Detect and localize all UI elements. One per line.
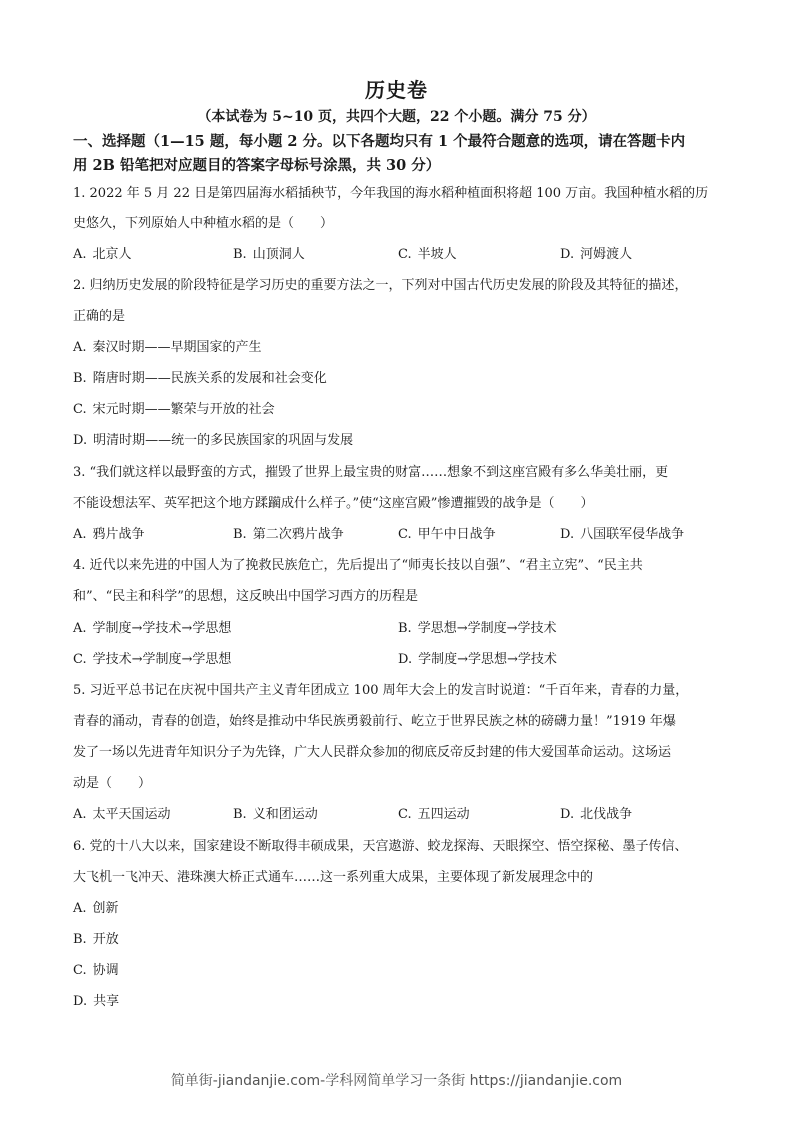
exam-page: 历史卷 （本试卷为 5~10 页，共四个大题，22 个小题。满分 75 分） 一…: [0, 0, 793, 1122]
option-c: C.五四运动: [398, 806, 470, 824]
option-text: 开放: [93, 932, 119, 947]
option-text: 协调: [93, 963, 119, 978]
option-b: B.隋唐时期——民族关系的发展和社会变化: [73, 370, 327, 388]
question-text-line: 2. 归纳历史发展的阶段特征是学习历史的重要方法之一，下列对中国古代历史发展的阶…: [73, 277, 688, 295]
option-letter: A.: [73, 246, 87, 264]
option-d: D.共享: [73, 993, 119, 1011]
option-text: 明清时期——统一的多民族国家的巩固与发展: [93, 433, 353, 448]
option-letter: B.: [73, 370, 87, 388]
option-letter: B.: [398, 620, 412, 638]
option-letter: A.: [73, 526, 87, 544]
option-letter: B.: [233, 806, 247, 824]
option-d: D.北伐战争: [560, 806, 632, 824]
option-text: 五四运动: [418, 807, 470, 822]
section-heading-multiple-choice: 一、选择题（1—15 题，每小题 2 分。以下各题均只有 1 个最符合题意的选项…: [73, 130, 728, 178]
option-b: B.学思想→学制度→学技术: [398, 620, 556, 638]
option-text: 隋唐时期——民族关系的发展和社会变化: [93, 371, 327, 386]
option-a: A.鸦片战争: [73, 526, 145, 544]
option-letter: C.: [73, 962, 87, 980]
option-letter: D.: [560, 806, 574, 824]
page-subtitle: （本试卷为 5~10 页，共四个大题，22 个小题。满分 75 分）: [0, 106, 793, 126]
option-letter: A.: [73, 339, 87, 357]
option-a: A.北京人: [73, 246, 132, 264]
option-text: 太平天国运动: [93, 807, 171, 822]
option-letter: D.: [73, 432, 87, 450]
option-text: 学技术→学制度→学思想: [93, 652, 232, 667]
question-text-line: 动是（ ）: [73, 775, 151, 793]
option-d: D.明清时期——统一的多民族国家的巩固与发展: [73, 432, 353, 450]
option-text: 共享: [93, 994, 119, 1009]
option-text: 秦汉时期——早期国家的产生: [93, 340, 262, 355]
option-text: 学制度→学思想→学技术: [418, 652, 557, 667]
option-text: 学制度→学技术→学思想: [93, 621, 232, 636]
option-text: 北京人: [93, 247, 132, 262]
question-text-line: 1. 2022 年 5 月 22 日是第四届海水稻插秧节，今年我国的海水稻种植面…: [73, 185, 708, 203]
option-letter: A.: [73, 806, 87, 824]
option-c: C.协调: [73, 962, 119, 980]
option-b: B.开放: [73, 931, 119, 949]
option-text: 创新: [93, 901, 119, 916]
option-c: C.甲午中日战争: [398, 526, 496, 544]
option-letter: B.: [233, 526, 247, 544]
question-text-line: 4. 近代以来先进的中国人为了挽救民族危亡，先后提出了“师夷长技以自强”、“君主…: [73, 557, 643, 575]
option-text: 第二次鸦片战争: [253, 527, 344, 542]
question-text-line: 大飞机一飞冲天、港珠澳大桥正式通车……这一系列重大成果，主要体现了新发展理念中的: [73, 869, 593, 887]
option-text: 鸦片战争: [93, 527, 145, 542]
option-letter: C.: [398, 806, 412, 824]
section-heading-line: 一、选择题（1—15 题，每小题 2 分。以下各题均只有 1 个最符合题意的选项…: [73, 130, 728, 154]
option-text: 八国联军侵华战争: [580, 527, 684, 542]
option-letter: A.: [73, 900, 87, 918]
option-a: A.学制度→学技术→学思想: [73, 620, 231, 638]
option-text: 宋元时期——繁荣与开放的社会: [93, 402, 275, 417]
option-b: B.山顶洞人: [233, 246, 305, 264]
option-text: 义和团运动: [253, 807, 318, 822]
option-letter: D.: [560, 526, 574, 544]
option-letter: A.: [73, 620, 87, 638]
option-letter: D.: [398, 651, 412, 669]
question-text-line: 青春的涌动，青春的创造，始终是推动中华民族勇毅前行、屹立于世界民族之林的磅礴力量…: [73, 713, 676, 731]
option-text: 河姆渡人: [580, 247, 632, 262]
question-text-line: 6. 党的十八大以来，国家建设不断取得丰硕成果，天宫遨游、蛟龙探海、天眼探空、悟…: [73, 838, 688, 856]
option-letter: C.: [73, 651, 87, 669]
page-footer-watermark: 简单街-jiandanjie.com-学科网简单学习一条街 https://ji…: [0, 1070, 793, 1090]
option-b: B.义和团运动: [233, 806, 318, 824]
option-text: 北伐战争: [580, 807, 632, 822]
option-letter: C.: [73, 401, 87, 419]
question-text-line: 不能设想法军、英军把这个地方蹂躏成什么样子。”使“这座宫殿”惨遭摧毁的战争是（ …: [73, 495, 593, 513]
question-text-line: 5. 习近平总书记在庆祝中国共产主义青年团成立 100 周年大会上的发言时说道：…: [73, 682, 688, 700]
question-text-line: 发了一场以先进青年知识分子为先锋，广大人民群众参加的彻底反帝反封建的伟大爱国革命…: [73, 744, 671, 762]
option-letter: C.: [398, 246, 412, 264]
question-text-line: 3. “我们就这样以最野蛮的方式，摧毁了世界上最宝贵的财富……想象不到这座宫殿有…: [73, 464, 668, 482]
option-letter: B.: [73, 931, 87, 949]
option-letter: D.: [560, 246, 574, 264]
option-text: 学思想→学制度→学技术: [418, 621, 557, 636]
option-c: C.宋元时期——繁荣与开放的社会: [73, 401, 275, 419]
option-letter: D.: [73, 993, 87, 1011]
question-text-line: 和”、“民主和科学”的思想，这反映出中国学习西方的历程是: [73, 588, 418, 606]
option-d: D.八国联军侵华战争: [560, 526, 684, 544]
option-d: D.学制度→学思想→学技术: [398, 651, 557, 669]
page-title: 历史卷: [0, 74, 793, 103]
question-text-line: 史悠久，下列原始人中种植水稻的是（ ）: [73, 215, 333, 233]
option-letter: B.: [233, 246, 247, 264]
option-c: C.学技术→学制度→学思想: [73, 651, 231, 669]
option-d: D.河姆渡人: [560, 246, 632, 264]
option-text: 甲午中日战争: [418, 527, 496, 542]
option-letter: C.: [398, 526, 412, 544]
option-c: C.半坡人: [398, 246, 457, 264]
option-a: A.秦汉时期——早期国家的产生: [73, 339, 262, 357]
section-heading-line: 用 2B 铅笔把对应题目的答案字母标号涂黑，共 30 分）: [73, 154, 728, 178]
option-b: B.第二次鸦片战争: [233, 526, 344, 544]
option-a: A.太平天国运动: [73, 806, 171, 824]
option-text: 山顶洞人: [253, 247, 305, 262]
question-text-line: 正确的是: [73, 308, 125, 326]
option-text: 半坡人: [418, 247, 457, 262]
option-a: A.创新: [73, 900, 119, 918]
